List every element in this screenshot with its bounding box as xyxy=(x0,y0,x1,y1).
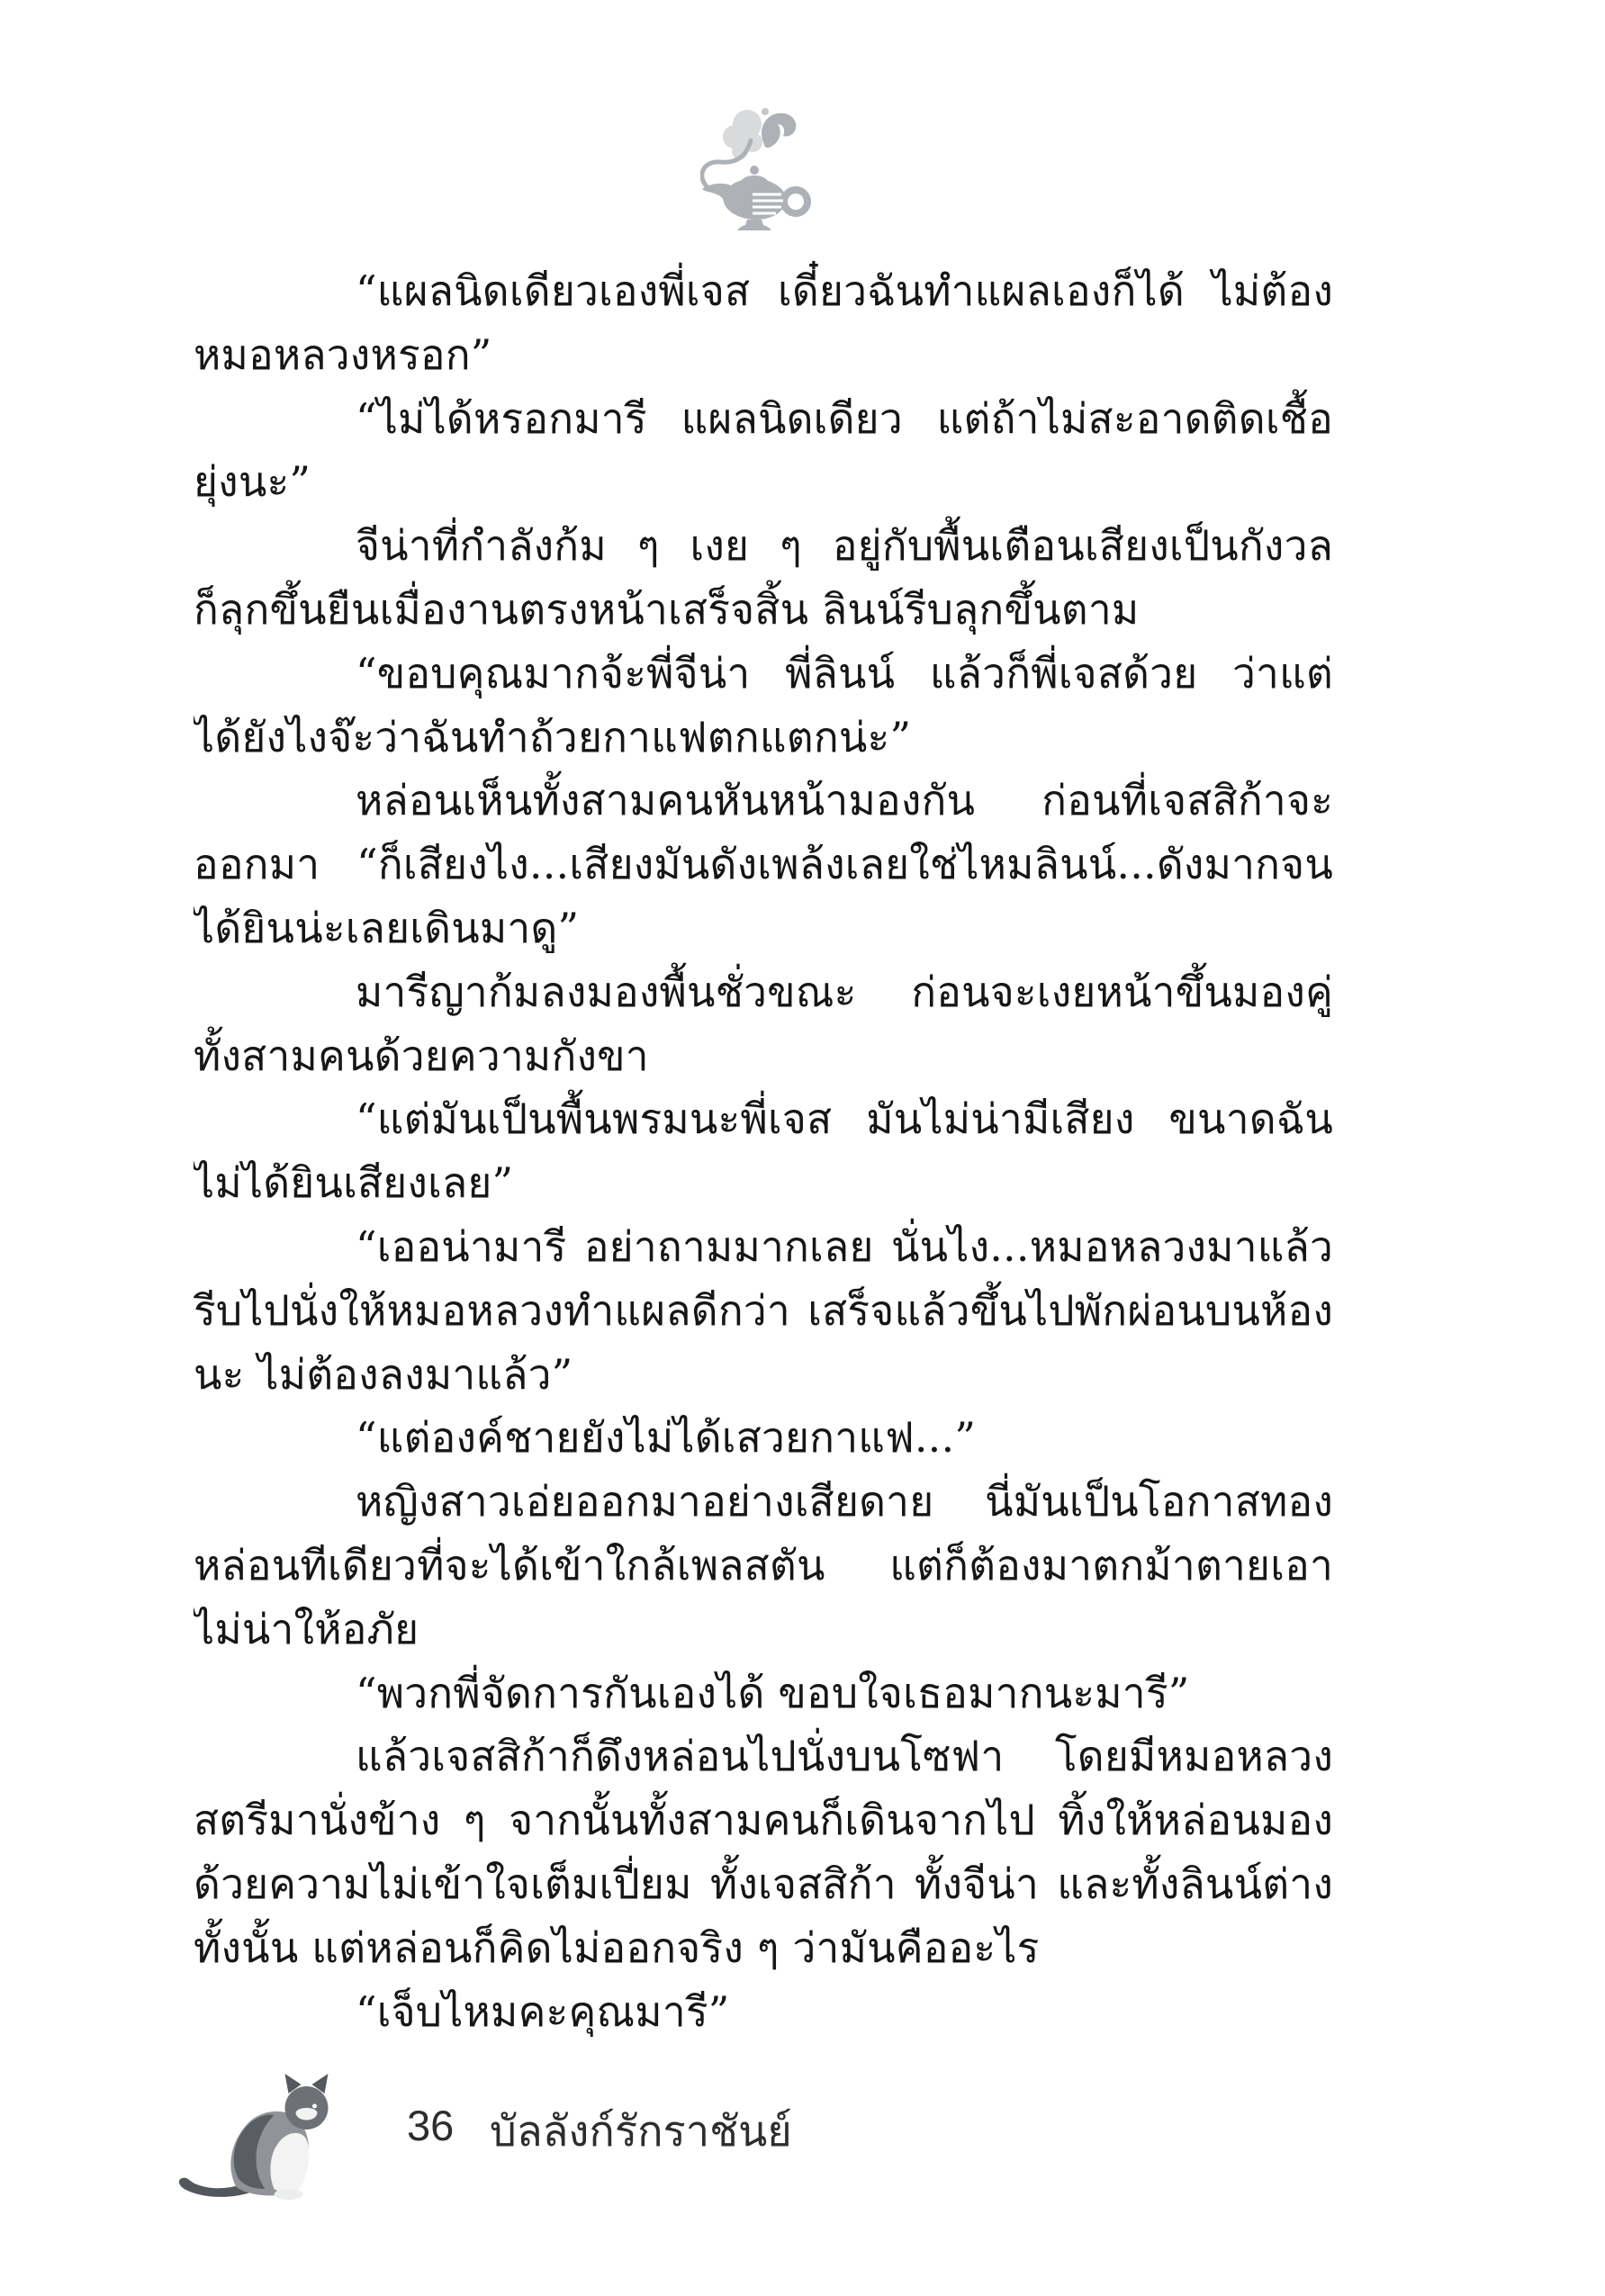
text-line: ด้วยความไม่เข้าใจเต็มเปี่ยม ทั้งเจสสิก้า… xyxy=(194,1852,1333,1916)
text-line: นะ ไม่ต้องลงมาแล้ว” xyxy=(194,1343,1333,1407)
body-text: “แผลนิดเดียวเองพี่เจส เดี๋ยวฉันทำแผลเองก… xyxy=(194,259,1333,2043)
text-line: “แต่องค์ชายยังไม่ได้เสวยกาแฟ...” xyxy=(194,1406,1333,1470)
text-line: หญิงสาวเอ่ยออกมาอย่างเสียดาย นี่มันเป็นโ… xyxy=(194,1470,1333,1534)
text-line: สตรีมานั่งข้าง ๆ จากนั้นทั้งสามคนก็เดินจ… xyxy=(194,1788,1333,1852)
text-line: จีน่าที่กำลังก้ม ๆ เงย ๆ อยู่กับพื้นเตือ… xyxy=(194,514,1333,578)
text-line: ออกมา “ก็เสียงไง...เสียงมันดังเพล้งเลยใช… xyxy=(194,833,1333,896)
text-line: ยุ่งนะ” xyxy=(194,450,1333,514)
text-line: “แผลนิดเดียวเองพี่เจส เดี๋ยวฉันทำแผลเองก… xyxy=(194,259,1333,323)
text-line: “เออน่ามารี อย่าถามมากเลย นั่นไง...หมอหล… xyxy=(194,1215,1333,1279)
page-number: 36 xyxy=(407,2101,454,2150)
text-line: “เจ็บไหมคะคุณมารี” xyxy=(194,1980,1333,2044)
text-line: “ไม่ได้หรอกมารี แผลนิดเดียว แต่ถ้าไม่สะอ… xyxy=(194,387,1333,451)
text-line: ทั้งสามคนด้วยความกังขา xyxy=(194,1024,1333,1088)
text-line: ไม่น่าให้อภัย xyxy=(194,1598,1333,1661)
text-line: ได้ยินน่ะเลยเดินมาดู” xyxy=(194,896,1333,960)
text-line: หล่อนทีเดียวที่จะได้เข้าใกล้เพลสตัน แต่ก… xyxy=(194,1534,1333,1598)
genie-lamp-ornament xyxy=(700,104,819,230)
book-page: “แผลนิดเดียวเองพี่เจส เดี๋ยวฉันทำแผลเองก… xyxy=(0,0,1605,2296)
text-line: ก็ลุกขึ้นยืนเมื่องานตรงหน้าเสร็จสิ้น ลิน… xyxy=(194,578,1333,642)
book-title: บัลลังก์รักราชันย์ xyxy=(490,2097,792,2165)
text-line: แล้วเจสสิก้าก็ดึงหล่อนไปนั่งบนโซฟา โดยมี… xyxy=(194,1724,1333,1788)
text-line: “แต่มันเป็นพื้นพรมนะพี่เจส มันไม่น่ามีเส… xyxy=(194,1087,1333,1151)
text-line: “ขอบคุณมากจ้ะพี่จีน่า พี่ลินน์ แล้วก็พี่… xyxy=(194,642,1333,706)
text-line: หมอหลวงหรอก” xyxy=(194,323,1333,387)
page-footer: 36 บัลลังก์รักราชันย์ xyxy=(0,2061,1605,2241)
lamp-body xyxy=(702,166,807,230)
text-line: มารีญาก้มลงมองพื้นชั่วขณะ ก่อนจะเงยหน้าข… xyxy=(194,960,1333,1024)
text-line: หล่อนเห็นทั้งสามคนหันหน้ามองกัน ก่อนที่เ… xyxy=(194,769,1333,833)
text-line: “พวกพี่จัดการกันเองได้ ขอบใจเธอมากนะมารี… xyxy=(194,1661,1333,1725)
text-line: ทั้งนั้น แต่หล่อนก็คิดไม่ออกจริง ๆ ว่ามั… xyxy=(194,1916,1333,1980)
text-line: ไม่ได้ยินเสียงเลย” xyxy=(194,1151,1333,1215)
cat-illustration xyxy=(171,2070,392,2205)
text-line: รีบไปนั่งให้หมอหลวงทำแผลดีกว่า เสร็จแล้ว… xyxy=(194,1279,1333,1343)
text-line: ได้ยังไงจ๊ะว่าฉันทำถ้วยกาแฟตกแตกน่ะ” xyxy=(194,706,1333,770)
